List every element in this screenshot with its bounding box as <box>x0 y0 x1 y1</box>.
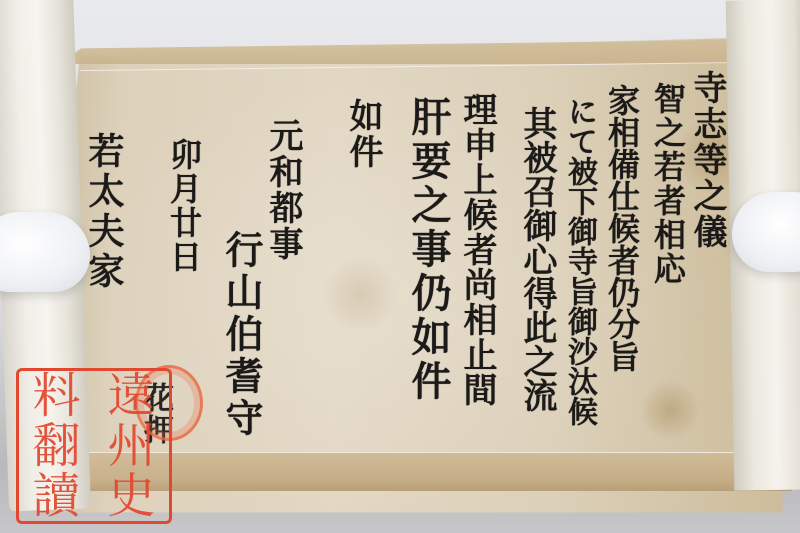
calligraphy-column: 若太夫家 <box>86 132 122 292</box>
seal-character: 料 <box>19 371 94 421</box>
calligraphy-column: にて被下御寺旨御沙汰候 <box>564 96 594 426</box>
seal-character: 州 <box>94 421 169 471</box>
calligraphy-column: 理申上候者尚相止間 <box>460 92 494 407</box>
calligraphy-column: 寺志等之儀 <box>690 70 724 250</box>
seal-character: 遠 <box>94 371 169 421</box>
calligraphy-column: 如件 <box>346 98 380 170</box>
calligraphy-column: 智之若者相応 <box>652 82 684 286</box>
calligraphy-column: 肝要之事仍如件 <box>408 96 448 404</box>
seal-character: 讀 <box>19 471 94 521</box>
calligraphy-column: 卯月廿日 <box>168 138 200 274</box>
gloved-hand-left <box>0 212 90 292</box>
photo-scene: 寺志等之儀 智之若者相応 家相備仕候者仍分旨 にて被下御寺旨御沙汰候 其被召御心… <box>0 0 800 533</box>
water-stain <box>640 380 700 440</box>
calligraphy-column: 其被召御心得此之流 <box>520 106 554 412</box>
square-seal: 遠 州 史 料 翻 讀 <box>16 368 172 524</box>
calligraphy-column: 家相備仕候者仍分旨 <box>606 84 638 372</box>
seal-character: 史 <box>94 471 169 521</box>
water-stain <box>320 260 400 330</box>
seal-character: 翻 <box>19 421 94 471</box>
calligraphy-column: 行山伯耆守 <box>222 230 260 440</box>
calligraphy-column: 元和都事 <box>266 118 300 262</box>
scroll-top-border <box>60 40 760 64</box>
